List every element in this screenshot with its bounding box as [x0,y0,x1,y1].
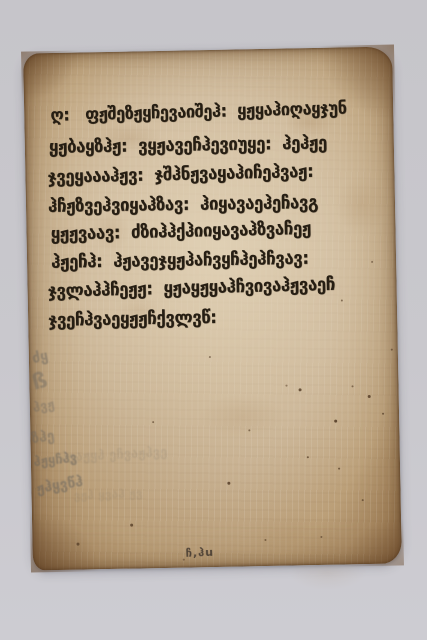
ink-speck [264,539,266,541]
ink-speck [145,147,147,149]
script-line: ღ: ფჟშეზჟყჩევაიშეჰ: ყჟყაჰიღაყჯუნ [50,98,347,125]
paper-stain [222,499,363,572]
ink-speck [368,395,371,398]
ink-speck [314,112,316,114]
paper-stain [179,384,304,448]
ink-speck [307,456,309,458]
ghost-script-mark: ჰვაჟყჰ ეჩვაჟჰვე [61,445,168,466]
ghost-script-mark: ძყ [31,348,50,367]
script-line: ყჟჟვაავ: ძზიჰჰქჰიიყავაჰზვაჩეჟ [50,218,311,245]
ink-speck [341,299,343,301]
ghost-script-mark: ზჰე [30,428,55,447]
ink-speck [94,322,96,324]
foliation-mark: ჩ,ჰu [185,546,214,560]
ink-speck [76,543,79,546]
ink-speck [285,385,287,387]
ink-speck [209,356,211,358]
ink-speck [248,429,250,431]
paper-stain [273,547,384,599]
ink-speck [382,413,384,415]
ink-speck [320,536,322,538]
script-line: ჰჟეჩჰ: ჰჟავეჯყჟჰაჩვყჩჰეჰჩვავ: [51,248,309,273]
ghost-script-mark: ß [29,368,50,395]
ink-speck [152,421,154,423]
ink-speck [371,261,373,263]
text-block: ღ: ფჟშეზჟყჩევაიშეჰ: ყჟყაჰიღაყჯუნყჟბაყზჰჟ… [23,47,392,54]
script-line: ჯვლაჰჰჩეჟჟ: ყჟაყჟყაჰჩვივაჰჟვაეჩ [47,274,335,302]
ink-speck [299,388,302,391]
corner-shade-bottom-right [313,495,404,567]
ghost-script-mark: ვჟჰ ყვაჰ ჟვ [73,486,142,503]
script-line: ყჟბაყზჰჟ: ვყჟავეჩჰევიუყე: ჰეჰჟე [49,133,327,158]
photo-scene: ძყßჰვჟზჰეჰჟყჩჰვჟჰყვწჰჰვაჟყჰ ეჩვაჟჰვევჟჰ … [0,0,427,640]
script-line: ჯვეყაააჰჟვ: ჯშჰნჟვაყაჰიჩეჰვაჟ: [47,161,313,188]
paper-stain [323,162,399,247]
ink-speck [362,499,364,501]
manuscript-leaf: ძყßჰვჟზჰეჰჟყჩჰვჟჰყვწჰჰვაჟყჰ ეჩვაჟჰვევჟჰ … [23,47,402,571]
ink-speck-layer [23,47,392,54]
ink-speck [338,468,340,470]
ink-speck [334,420,337,423]
ink-speck [352,385,354,387]
script-line: ჯვეჩჰვაეყჟჟჩქვლვწ: [48,307,217,331]
ghost-script-mark: ჰვჟ [32,398,56,417]
ink-speck [183,559,185,561]
ink-speck [227,482,230,485]
ink-speck [130,524,133,527]
script-line: ჰჩჟზვეჰვიყაჰზავ: ჰიყავაეჰეჩავგ [48,192,318,217]
stain-layer [23,47,392,54]
ink-speck [391,349,393,351]
ghost-text-layer: ძყßჰვჟზჰეჰჟყჩჰვჟჰყვწჰჰვაჟყჰ ეჩვაჟჰვევჟჰ … [23,47,392,54]
